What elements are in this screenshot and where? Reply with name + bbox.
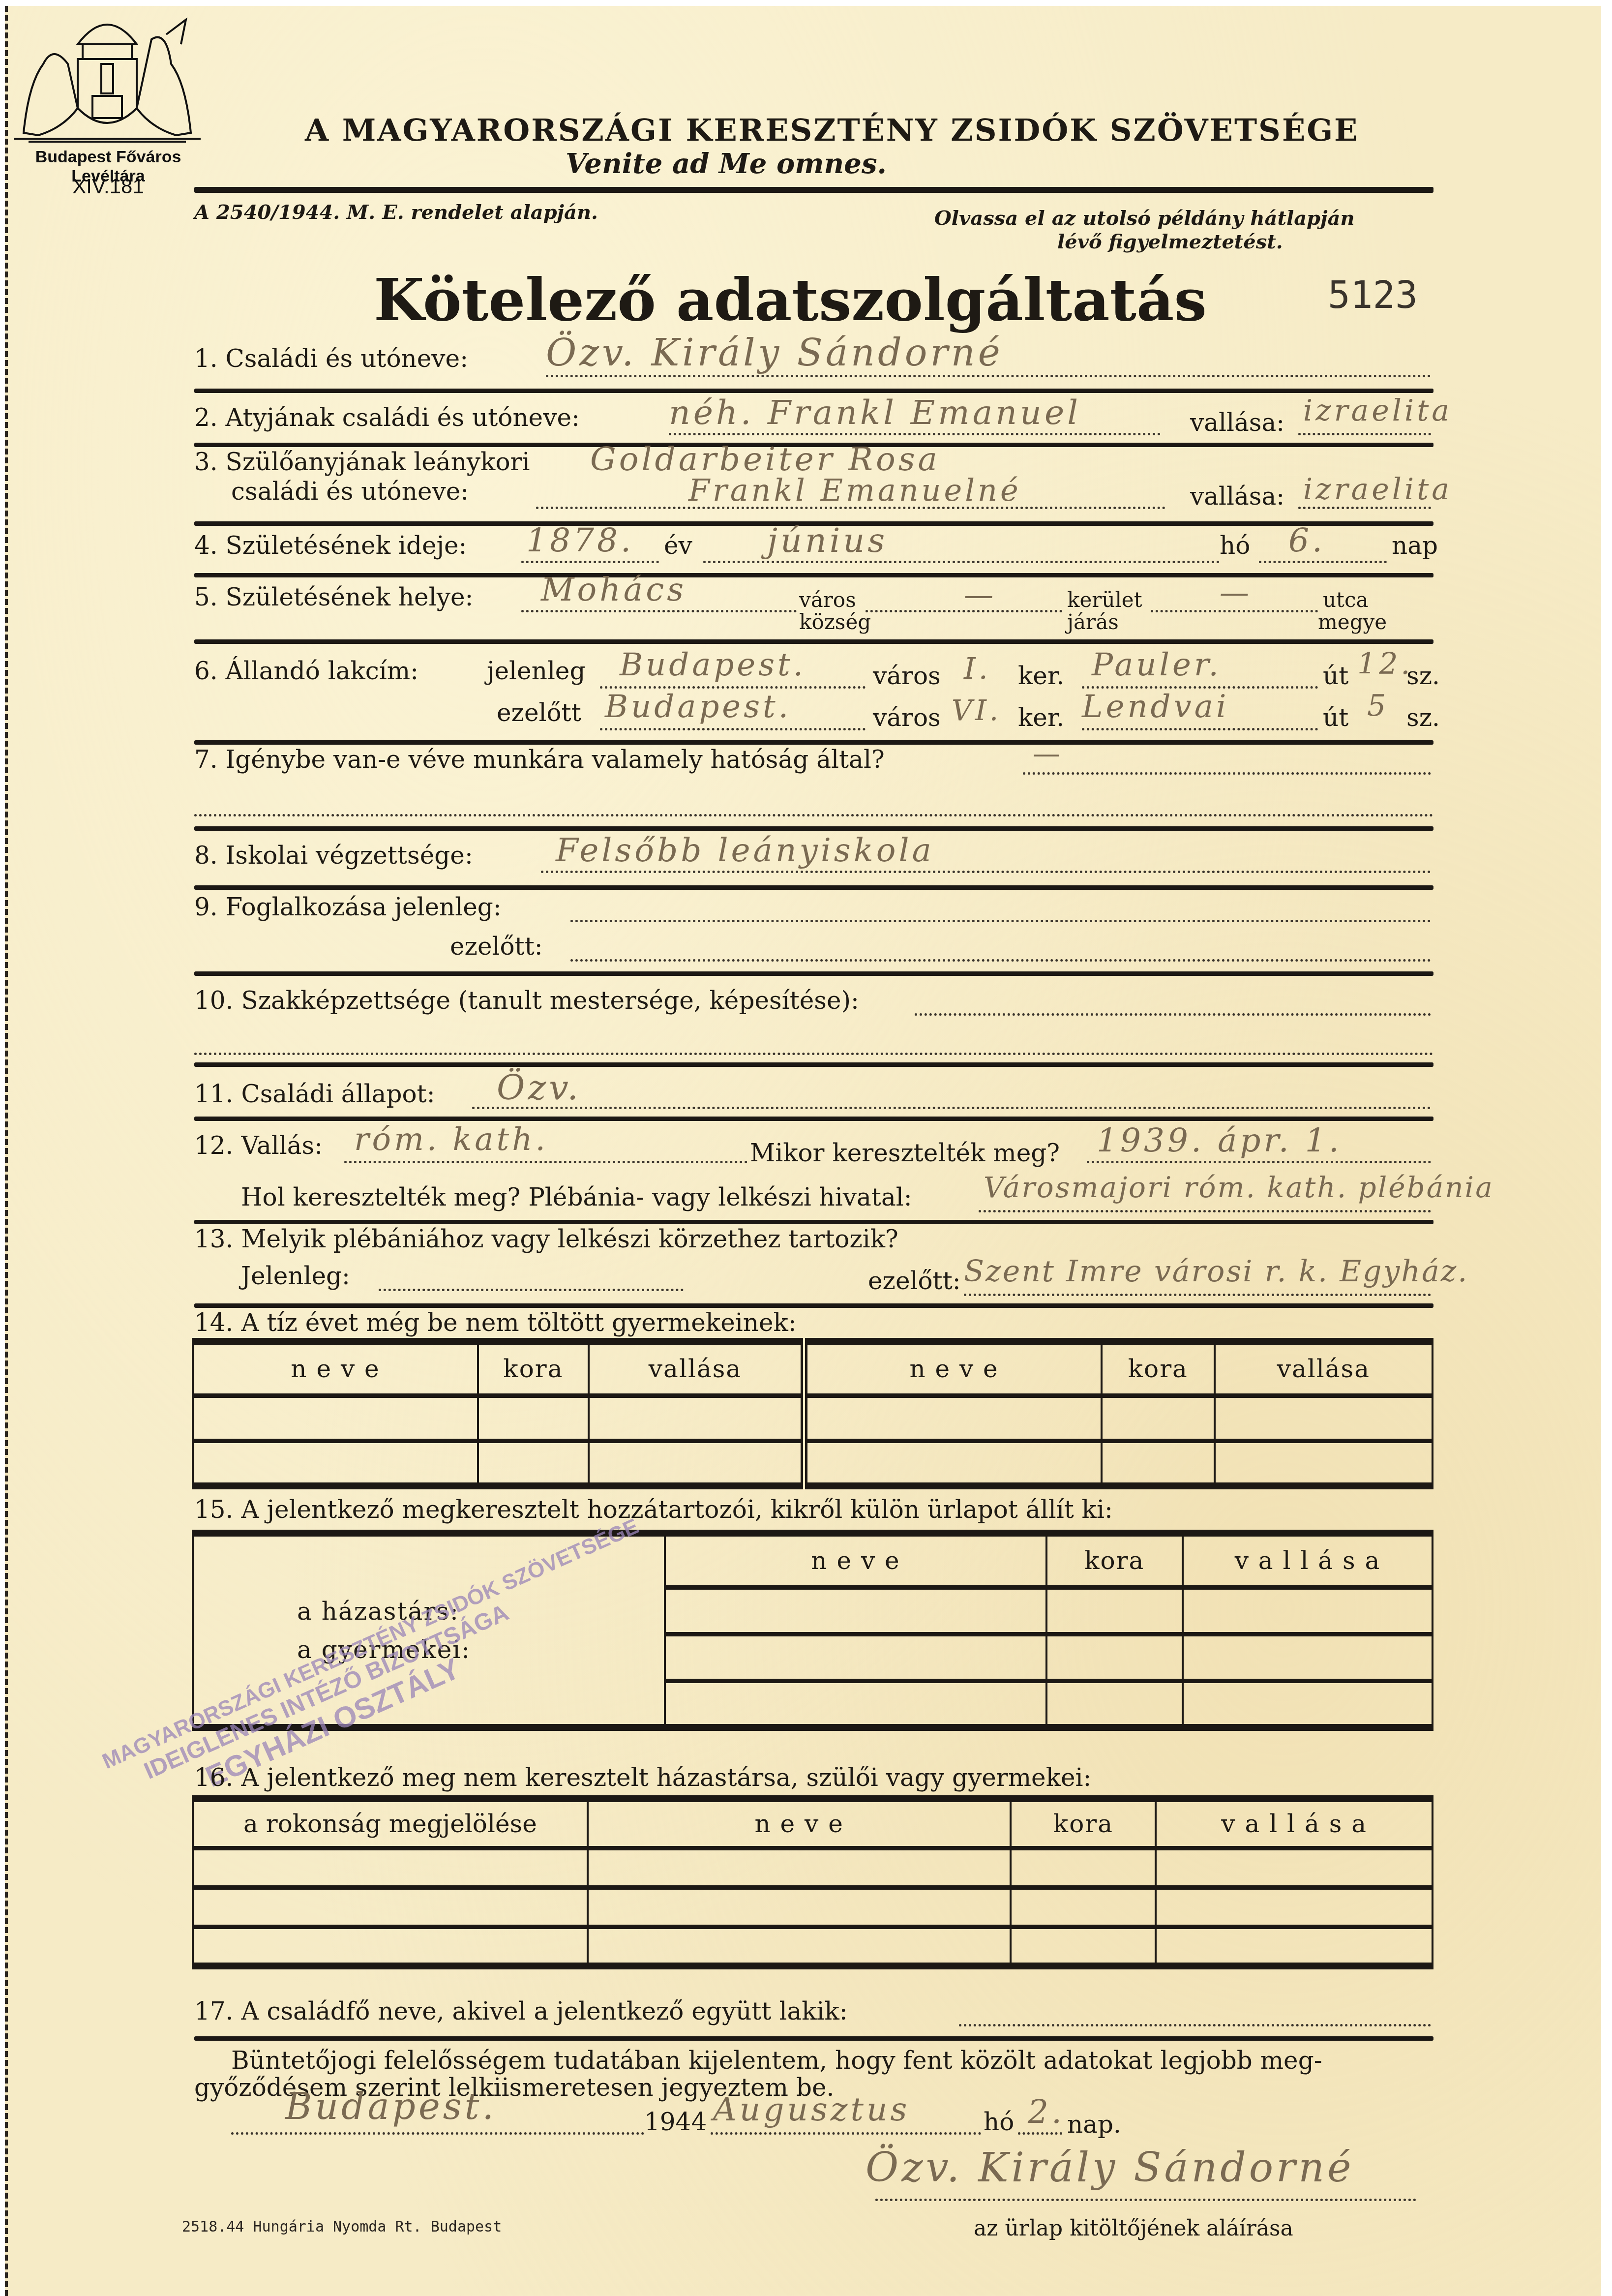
field-2-religion-label: vallása: (1190, 408, 1284, 437)
field-3-religion-label: vallása: (1190, 482, 1284, 511)
table-cell[interactable] (1183, 1587, 1433, 1634)
table-cell[interactable] (1102, 1395, 1215, 1441)
column-header: v a l l á s a (1183, 1533, 1433, 1587)
declaration-day[interactable]: 2. (1028, 2093, 1065, 2131)
column-header: a rokonság megjelölése (193, 1799, 588, 1848)
organization-title: A MAGYARORSZÁGI KERESZTÉNY ZSIDÓK SZÖVET… (305, 112, 1359, 148)
field-12-when-label: Mikor keresztelték meg? (750, 1139, 1060, 1167)
table-cell[interactable] (1183, 1634, 1433, 1681)
field-8-value[interactable]: Felsőbb leányiskola (556, 831, 934, 869)
table-cell[interactable] (1046, 1634, 1183, 1681)
table-cell[interactable] (1011, 1887, 1156, 1927)
field-4-month-label: hó (1220, 531, 1250, 560)
table-cell[interactable] (589, 1395, 804, 1441)
field-12-where-label: Hol keresztelték meg? Plébánia- vagy lel… (241, 1183, 912, 1211)
divider (194, 740, 1433, 745)
field-4-month[interactable]: június (767, 521, 888, 560)
field-6-current-label: jelenleg (487, 657, 585, 685)
field-6-current-street[interactable]: Pauler. (1092, 647, 1222, 683)
field-5-street[interactable]: — (1220, 575, 1252, 610)
divider (194, 971, 1433, 976)
field-1-line (546, 375, 1431, 377)
column-header: n e v e (804, 1341, 1102, 1395)
field-5-kerulet-label: kerület (1067, 588, 1142, 612)
field-6-previous-city-line (600, 728, 866, 730)
field-13-current-label: Jelenleg: (241, 1262, 350, 1290)
table-cell[interactable] (665, 1587, 1046, 1634)
divider (194, 389, 1433, 393)
field-1-label: 1. Családi és utóneve: (194, 344, 468, 373)
column-header: v a l l á s a (1156, 1799, 1433, 1848)
declaration-line-1: Büntetőjogi felelősségem tudatában kijel… (231, 2046, 1322, 2075)
unbaptized-relatives-table: a rokonság megjelölése n e v e kora v a … (192, 1795, 1433, 1969)
field-11-label: 11. Családi állapot: (194, 1080, 435, 1108)
column-header: kora (1102, 1341, 1215, 1395)
field-6-current-district[interactable]: I. (964, 652, 991, 686)
field-3-label-line-2: családi és utóneve: (231, 477, 469, 506)
field-7-label: 7. Igénybe van-e véve munkára valamely h… (194, 745, 885, 774)
children-under-ten-table: n e v e kora vallása n e v e kora vallás… (192, 1338, 1433, 1489)
table-cell[interactable] (1183, 1681, 1433, 1727)
table-cell[interactable] (1046, 1587, 1183, 1634)
archive-reference: XIV.181 (0, 175, 216, 198)
field-7-line (1023, 772, 1431, 775)
field-2-line (669, 433, 1161, 435)
field-13-label: 13. Melyik plébániához vagy lelkészi kör… (194, 1225, 898, 1253)
field-6-previous-sz-label: sz. (1406, 703, 1440, 732)
field-9-label: 9. Foglalkozása jelenleg: (194, 893, 502, 921)
field-4-year-label: év (664, 531, 692, 560)
table-cell[interactable] (193, 1395, 478, 1441)
signature-line (875, 2199, 1416, 2201)
field-13-previous-value[interactable]: Szent Imre városi r. k. Egyház. (964, 1254, 1468, 1289)
field-13-current-line (379, 1289, 684, 1291)
field-6-current-ut-label: út (1323, 662, 1348, 690)
field-10-line-2 (194, 1053, 1433, 1055)
field-5-place-line (521, 610, 797, 612)
field-12-label: 12. Vallás: (194, 1131, 323, 1160)
field-6-previous-number[interactable]: 5 (1367, 689, 1389, 723)
column-header: vallása (589, 1341, 804, 1395)
table-cell[interactable] (1046, 1681, 1183, 1727)
notice-line-2: lévő figyelmeztetést. (1057, 230, 1283, 253)
field-6-previous-district[interactable]: VI. (952, 694, 1001, 727)
field-6-previous-street-line (1082, 728, 1318, 730)
field-13-previous-line (964, 1294, 1431, 1296)
field-6-current-ker-label: ker. (1018, 662, 1064, 690)
table-cell[interactable] (804, 1395, 1102, 1441)
table-cell[interactable] (665, 1681, 1046, 1727)
table-cell[interactable] (1156, 1927, 1433, 1966)
declaration-year: 1944 (644, 2108, 707, 2136)
divider (194, 826, 1433, 831)
table-cell[interactable] (588, 1927, 1011, 1966)
table-cell[interactable] (804, 1441, 1102, 1486)
divider (194, 1062, 1433, 1067)
column-header: n e v e (588, 1799, 1011, 1848)
field-4-year[interactable]: 1878. (526, 521, 634, 559)
notice-line-1: Olvassa el az utolsó példány hátlapján (934, 207, 1355, 230)
table-cell[interactable] (478, 1395, 589, 1441)
form-title: Kötelező adatszolgáltatás (374, 266, 1207, 334)
field-4-month-line (703, 561, 1220, 563)
column-header: n e v e (665, 1533, 1046, 1587)
column-header: kora (478, 1341, 589, 1395)
budapest-coat-of-arms-icon (9, 10, 206, 143)
field-2-label: 2. Atyjának családi és utóneve: (194, 403, 580, 432)
field-2-religion-line (1298, 433, 1431, 435)
declaration-month-label: hó (984, 2108, 1014, 2136)
table-cell[interactable] (665, 1634, 1046, 1681)
table-row (193, 1887, 1433, 1927)
field-5-place[interactable]: Mohács (541, 571, 687, 608)
declaration-place-line (231, 2132, 644, 2135)
declaration-month-line (711, 2132, 981, 2135)
table-cell[interactable] (1011, 1927, 1156, 1966)
column-header: n e v e (193, 1341, 478, 1395)
table-cell[interactable] (1156, 1887, 1433, 1927)
field-12-where-line (979, 1210, 1431, 1212)
signature[interactable]: Özv. Király Sándorné (866, 2145, 1354, 2191)
table-cell[interactable] (193, 1848, 588, 1887)
field-16-label: 16. A jelentkező meg nem keresztelt háza… (194, 1763, 1091, 1792)
field-10-label: 10. Szakképzettsége (tanult mestersége, … (194, 986, 859, 1015)
column-header: kora (1046, 1533, 1183, 1587)
field-4-label: 4. Születésének ideje: (194, 531, 467, 560)
field-13-previous-label: ezelőtt: (868, 1267, 961, 1295)
field-3-value-line-2[interactable]: Frankl Emanuelné (688, 472, 1021, 508)
table-cell[interactable] (1215, 1395, 1433, 1441)
archive-mark: Budapest Főváros Levéltára XIV.181 (0, 0, 216, 207)
field-15-label: 15. A jelentkező megkeresztelt hozzátart… (194, 1495, 1113, 1524)
field-1-value[interactable]: Özv. Király Sándorné (546, 331, 1003, 374)
field-6-previous-ker-label: ker. (1018, 703, 1064, 732)
table-cell[interactable] (589, 1441, 804, 1486)
field-5-label: 5. Születésének helye: (194, 583, 473, 611)
table-cell[interactable] (478, 1441, 589, 1486)
table-cell[interactable] (588, 1848, 1011, 1887)
table-cell[interactable] (193, 1887, 588, 1927)
field-5-kozseg-label: község (799, 610, 871, 634)
field-5-district[interactable]: — (964, 578, 996, 612)
table-cell[interactable] (1156, 1848, 1433, 1887)
field-6-label: 6. Állandó lakcím: (194, 657, 418, 685)
field-17-line (959, 2024, 1431, 2026)
field-12-religion-value[interactable]: róm. kath. (354, 1121, 548, 1158)
declaration-day-label: nap. (1067, 2110, 1121, 2139)
table-row (193, 1848, 1433, 1887)
field-8-label: 8. Iskolai végzettsége: (194, 841, 473, 870)
field-5-megye-label: megye (1318, 610, 1387, 634)
field-12-when-line (1087, 1161, 1431, 1163)
form-number: 5123 (1328, 273, 1418, 317)
printer-imprint: 2518.44 Hungária Nyomda Rt. Budapest (182, 2218, 502, 2236)
column-header: kora (1011, 1799, 1156, 1848)
motto: Venite ad Me omnes. (566, 148, 887, 180)
field-2-value[interactable]: néh. Frankl Emanuel (669, 393, 1081, 432)
table-cell[interactable] (193, 1441, 478, 1486)
field-10-line (915, 1013, 1431, 1016)
field-9-previous-label: ezelőtt: (450, 932, 543, 961)
field-17-label: 17. A családfő neve, akivel a jelentkező… (194, 1997, 848, 2025)
table-header-row: a rokonság megjelölése n e v e kora v a … (193, 1799, 1433, 1848)
field-6-current-sz-label: sz. (1406, 662, 1440, 690)
field-12-when-value[interactable]: 1939. ápr. 1. (1097, 1121, 1342, 1159)
table-header-row: n e v e kora vallása n e v e kora vallás… (193, 1341, 1433, 1395)
field-6-current-number[interactable]: 12. (1357, 647, 1413, 681)
table-cell[interactable] (1215, 1441, 1433, 1486)
divider (194, 639, 1433, 644)
field-6-previous-label: ezelőtt (497, 698, 581, 727)
table-cell[interactable] (588, 1887, 1011, 1927)
field-6-previous-ut-label: út (1323, 703, 1348, 732)
field-9-previous-line (570, 959, 1431, 962)
field-8-line (541, 871, 1431, 873)
table-row (193, 1441, 1433, 1486)
field-4-day-line (1259, 561, 1387, 563)
field-6-previous-street[interactable]: Lendvai (1082, 689, 1229, 725)
field-3-religion-line (1298, 507, 1431, 509)
divider (194, 1303, 1433, 1308)
table-row (193, 1927, 1433, 1966)
divider (194, 1117, 1433, 1121)
divider (194, 1220, 1433, 1224)
field-9-current-line (570, 920, 1431, 922)
field-11-line (472, 1107, 1431, 1109)
declaration-place[interactable]: Budapest. (285, 2085, 497, 2128)
declaration-day-line (1018, 2132, 1062, 2135)
field-11-value[interactable]: Özv. (497, 1067, 581, 1108)
field-12-religion-line (344, 1161, 747, 1163)
field-12-where-value[interactable]: Városmajori róm. kath. plébánia (984, 1171, 1494, 1204)
field-5-jaras-label: járás (1067, 610, 1119, 634)
field-5-street-line (1151, 610, 1318, 612)
signature-caption: az ürlap kitöltőjének aláírása (974, 2216, 1293, 2241)
field-2-religion-value[interactable]: izraelita (1303, 393, 1452, 428)
table-cell[interactable] (193, 1927, 588, 1966)
field-4-day-label: nap (1392, 531, 1438, 560)
field-6-current-varos-label: város (873, 662, 941, 690)
field-4-year-line (521, 561, 659, 563)
table-cell[interactable] (1102, 1441, 1215, 1486)
table-row (193, 1395, 1433, 1441)
field-3-religion-value[interactable]: izraelita (1303, 472, 1452, 507)
field-3-label-line-1: 3. Szülőanyjának leánykori (194, 448, 530, 476)
field-6-previous-city[interactable]: Budapest. (605, 689, 791, 725)
field-7-value[interactable]: — (1033, 738, 1063, 770)
declaration-month[interactable]: Augusztus (713, 2090, 910, 2128)
field-6-current-city[interactable]: Budapest. (620, 647, 806, 683)
field-7-line-2 (194, 814, 1433, 816)
column-header: vallása (1215, 1341, 1433, 1395)
header-rule (194, 187, 1433, 193)
table-header-row: a házastárs: a gyermekei: n e v e kora v… (193, 1533, 1433, 1587)
field-6-previous-varos-label: város (873, 703, 941, 732)
divider (194, 885, 1433, 890)
field-5-varos-label: város (799, 588, 856, 612)
field-14-label: 14. A tíz évet még be nem töltött gyerme… (194, 1308, 797, 1337)
table-cell[interactable] (1011, 1848, 1156, 1887)
field-4-day[interactable]: 6. (1288, 521, 1325, 559)
field-5-utca-label: utca (1323, 588, 1369, 612)
decree-reference: A 2540/1944. M. E. rendelet alapján. (194, 201, 598, 224)
divider (194, 2036, 1433, 2041)
